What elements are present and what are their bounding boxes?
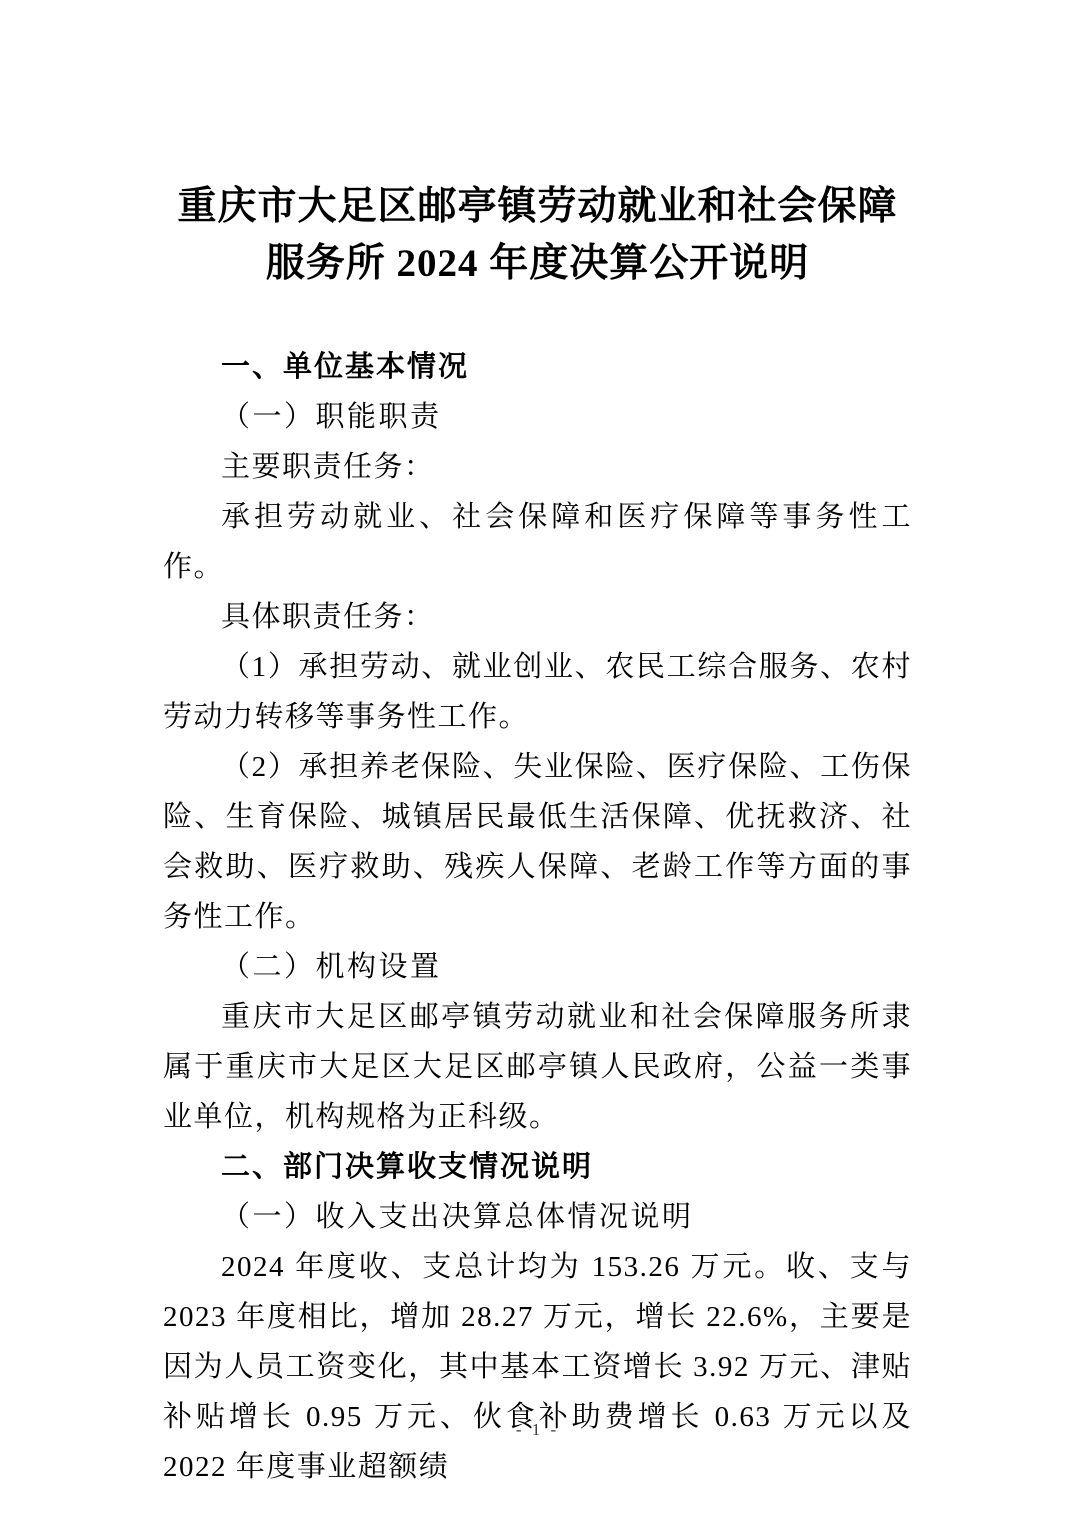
sub-heading: （一）收入支出决算总体情况说明	[163, 1192, 912, 1242]
sub-heading: （一）职能职责	[163, 392, 912, 442]
section-heading: 一、单位基本情况	[163, 342, 912, 392]
paragraph: （2）承担养老保险、失业保险、医疗保险、工伤保险、生育保险、城镇居民最低生活保障…	[163, 742, 912, 942]
section-heading: 二、部门决算收支情况说明	[163, 1142, 912, 1192]
paragraph: 重庆市大足区邮亭镇劳动就业和社会保障服务所隶属于重庆市大足区大足区邮亭镇人民政府…	[163, 992, 912, 1142]
page-title-line-1: 重庆市大足区邮亭镇劳动就业和社会保障	[0, 178, 1075, 235]
paragraph: 主要职责任务：	[163, 442, 912, 492]
page-title: 重庆市大足区邮亭镇劳动就业和社会保障 服务所 2024 年度决算公开说明	[0, 0, 1075, 292]
page-number: - 1 -	[0, 1420, 1075, 1440]
page-title-line-2: 服务所 2024 年度决算公开说明	[0, 235, 1075, 292]
sub-heading: （二）机构设置	[163, 942, 912, 992]
paragraph: （1）承担劳动、就业创业、农民工综合服务、农村劳动力转移等事务性工作。	[163, 642, 912, 742]
paragraph: 具体职责任务：	[163, 592, 912, 642]
paragraph: 承担劳动就业、社会保障和医疗保障等事务性工作。	[163, 492, 912, 592]
paragraph: 2024 年度收、支总计均为 153.26 万元。收、支与 2023 年度相比，…	[163, 1242, 912, 1492]
document-body: 一、单位基本情况 （一）职能职责 主要职责任务： 承担劳动就业、社会保障和医疗保…	[0, 342, 1075, 1492]
document-page: 重庆市大足区邮亭镇劳动就业和社会保障 服务所 2024 年度决算公开说明 一、单…	[0, 0, 1075, 1520]
